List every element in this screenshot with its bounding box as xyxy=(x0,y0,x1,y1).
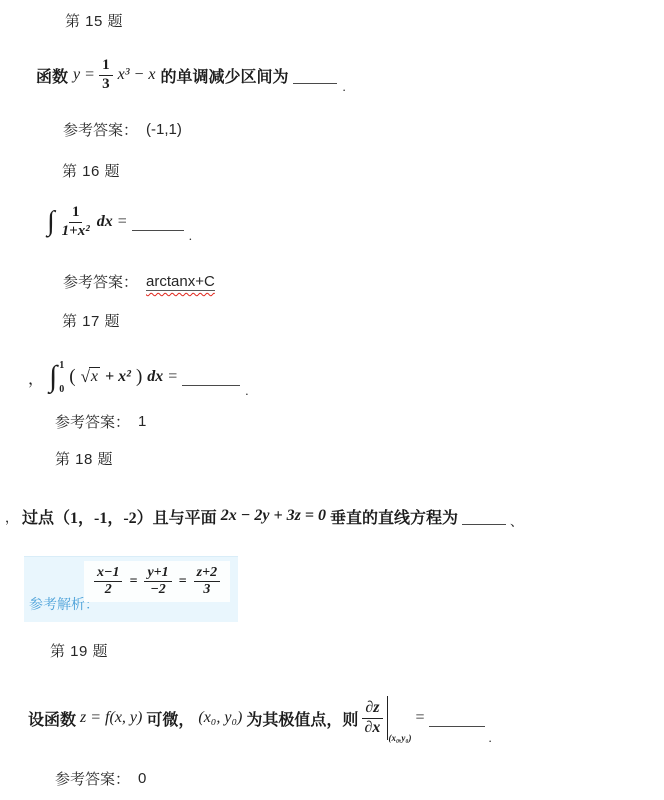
fraction-denominator: ∂x xyxy=(362,719,382,737)
question-19-text-2: 可微， xyxy=(146,707,194,730)
line-equation-formula: x−1 2 = y+1 −2 = z+2 3 xyxy=(84,561,230,602)
leading-comma-artifact: ， xyxy=(28,366,44,389)
vertical-bar xyxy=(387,696,388,740)
question-19-body: 设函数 z = f(x, y) 可微， (x₀, y₀) 为其极值点，则 ∂z … xyxy=(28,690,492,746)
question-18-text-before: 过点（1，-1，-2）且与平面 xyxy=(22,505,217,528)
integral-sign: ∫ xyxy=(47,208,55,236)
partial-derivative-fraction: ∂z ∂x xyxy=(362,699,382,737)
fraction-numerator: ∂z xyxy=(362,699,382,718)
evaluation-subscript: (x₀,y₀) xyxy=(389,733,412,743)
plane-equation: 2x − 2y + 3z = 0 xyxy=(221,507,326,525)
integral-lower-limit: 0 xyxy=(59,384,64,395)
answer-label: 参考答案： xyxy=(63,119,138,140)
blank-line xyxy=(462,508,506,525)
fraction-denominator: 3 xyxy=(100,76,112,93)
fraction-z: z+2 3 xyxy=(194,565,220,598)
blank-line xyxy=(132,214,184,231)
math-term: + x² xyxy=(105,368,131,386)
close-paren: ) xyxy=(136,366,142,388)
leading-comma-artifact: ， xyxy=(5,507,18,526)
answer-value: 0 xyxy=(138,770,146,787)
blank-line xyxy=(293,67,337,84)
period-mark: . xyxy=(245,383,248,399)
open-paren: ( xyxy=(69,366,75,388)
critical-point: (x₀, y₀) xyxy=(198,709,242,727)
question-19-text-3: 为其极值点，则 xyxy=(246,707,358,730)
answer-value: (-1,1) xyxy=(146,121,182,138)
equals-sign: = xyxy=(168,368,177,386)
blank-line xyxy=(182,369,240,386)
fraction-denominator: 2 xyxy=(103,582,114,598)
evaluation-bar: (x₀,y₀) xyxy=(387,696,412,740)
fraction-integrand: 1 1+x² xyxy=(60,204,92,240)
fraction-numerator: 1 xyxy=(99,57,113,75)
fraction-denominator: 1+x² xyxy=(60,223,92,240)
answer-label: 参考答案： xyxy=(63,271,138,292)
period-mark: . xyxy=(342,79,345,95)
period-mark: . xyxy=(489,730,492,746)
integral-sign: ∫ xyxy=(49,362,57,392)
question-17-answer-row: 参考答案： 1 xyxy=(55,411,146,432)
fraction-numerator: y+1 xyxy=(144,565,171,582)
comma-mark: 、 xyxy=(510,511,523,530)
question-18-header: 第 18 题 xyxy=(55,448,113,469)
question-19-text-1: 设函数 xyxy=(28,707,76,730)
differential-dx: dx xyxy=(97,213,113,231)
fraction-denominator: −2 xyxy=(148,582,167,598)
question-15-body: 函数 y = 1 3 x³ − x 的单调减少区间为 . xyxy=(36,55,346,95)
equals-sign: = xyxy=(85,66,94,84)
question-15-header: 第 15 题 xyxy=(65,10,123,31)
blank-line xyxy=(429,710,485,727)
fraction-x: x−1 2 xyxy=(94,565,122,598)
answer-label: 参考答案： xyxy=(55,768,130,789)
question-16-answer-row: 参考答案： arctanx+C xyxy=(63,271,215,292)
fraction-numerator: x−1 xyxy=(94,565,122,582)
fraction-denominator: 3 xyxy=(201,582,212,598)
question-19-answer-row: 参考答案： 0 xyxy=(55,768,146,789)
question-16-header: 第 16 题 xyxy=(62,160,120,181)
function-definition: z = f(x, y) xyxy=(80,709,142,727)
question-15-text-prefix: 函数 xyxy=(36,64,68,87)
equals-sign: = xyxy=(179,574,187,590)
question-17-header: 第 17 题 xyxy=(62,310,120,331)
differential-dx: dx xyxy=(147,368,163,386)
question-18-body: ， 过点（1，-1，-2）且与平面 2x − 2y + 3z = 0 垂直的直线… xyxy=(5,502,523,530)
answer-label: 参考答案： xyxy=(55,411,130,432)
radicand: x xyxy=(89,367,100,386)
answer-value-misspelled: arctanx+C xyxy=(146,273,215,290)
question-15-answer-row: 参考答案： (-1,1) xyxy=(63,119,182,140)
square-root: √ x xyxy=(81,367,100,387)
equals-sign: = xyxy=(416,709,425,727)
equals-sign: = xyxy=(129,574,137,590)
fraction-numerator: 1 xyxy=(69,204,83,222)
question-18-text-after: 垂直的直线方程为 xyxy=(330,505,458,528)
question-16-body: ∫ 1 1+x² dx = . xyxy=(47,200,192,244)
equals-sign: = xyxy=(118,213,127,231)
integral-limits: 1 0 xyxy=(59,359,64,395)
integral-upper-limit: 1 xyxy=(59,360,64,371)
math-variable-y: y xyxy=(73,66,80,84)
math-polynomial: x³ − x xyxy=(118,66,156,84)
analysis-highlight-box: 参考解析： x−1 2 = y+1 −2 = z+2 3 xyxy=(24,556,238,622)
exam-document-page: 第 15 题 函数 y = 1 3 x³ − x 的单调减少区间为 . 参考答案… xyxy=(0,0,664,800)
answer-value: 1 xyxy=(138,413,146,430)
question-17-body: ， ∫ 1 0 ( √ x + x² ) dx = . xyxy=(28,355,249,399)
period-mark: . xyxy=(189,228,192,244)
fraction-numerator: z+2 xyxy=(194,565,220,582)
fraction-one-third: 1 3 xyxy=(99,57,113,93)
fraction-y: y+1 −2 xyxy=(144,565,171,598)
question-19-header: 第 19 题 xyxy=(50,640,108,661)
question-15-text-suffix: 的单调减少区间为 xyxy=(160,64,288,87)
